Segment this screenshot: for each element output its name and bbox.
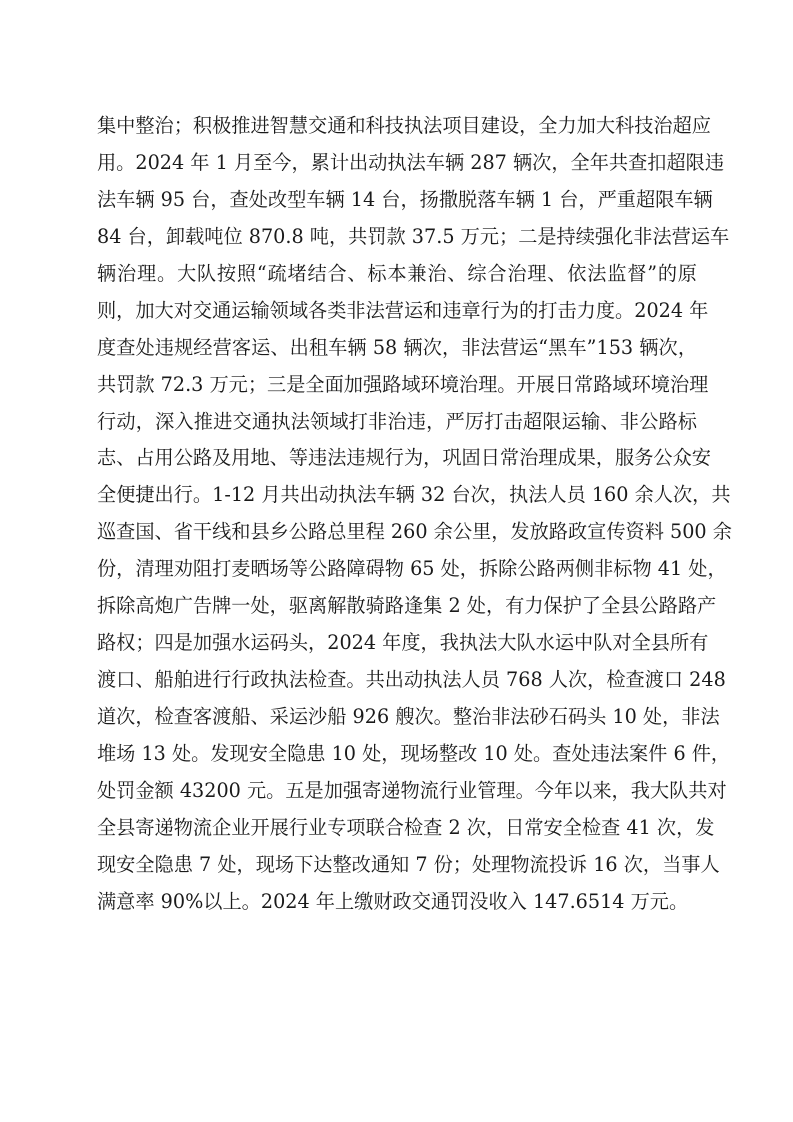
text-line: 巡查国、省干线和县乡公路总里程 260 余公里，发放路政宣传资料 500 余	[97, 514, 697, 551]
text-line: 渡口、船舶进行行政执法检查。共出动执法人员 768 人次，检查渡口 248	[97, 662, 697, 699]
text-line: 行动，深入推进交通执法领域打非治违，严厉打击超限运输、非公路标	[97, 404, 697, 441]
text-line: 则，加大对交通运输领域各类非法营运和违章行为的打击力度。2024 年	[97, 293, 697, 330]
text-line: 堆场 13 处。发现安全隐患 10 处，现场整改 10 处。查处违法案件 6 件…	[97, 736, 697, 773]
text-line: 集中整治；积极推进智慧交通和科技执法项目建设，全力加大科技治超应	[97, 108, 697, 145]
text-line: 用。2024 年 1 月至今，累计出动执法车辆 287 辆次，全年共查扣超限违	[97, 145, 697, 182]
text-line: 现安全隐患 7 处，现场下达整改通知 7 份；处理物流投诉 16 次，当事人	[97, 847, 697, 884]
text-line: 份，清理劝阻打麦晒场等公路障碍物 65 处，拆除公路两侧非标物 41 处，	[97, 551, 697, 588]
text-line: 拆除高炮广告牌一处，驱离解散骑路逢集 2 处，有力保护了全县公路路产	[97, 588, 697, 625]
text-line: 志、占用公路及用地、等违法违规行为，巩固日常治理成果，服务公众安	[97, 440, 697, 477]
text-line: 全县寄递物流企业开展行业专项联合检查 2 次，日常安全检查 41 次，发	[97, 810, 697, 847]
document-body: 集中整治；积极推进智慧交通和科技执法项目建设，全力加大科技治超应 用。2024 …	[97, 108, 697, 921]
text-line: 道次，检查客渡船、采运沙船 926 艘次。整治非法砂石码头 10 处，非法	[97, 699, 697, 736]
text-line: 法车辆 95 台，查处改型车辆 14 台，扬撒脱落车辆 1 台，严重超限车辆	[97, 182, 697, 219]
text-line: 84 台，卸载吨位 870.8 吨，共罚款 37.5 万元；二是持续强化非法营运…	[97, 219, 697, 256]
text-line: 辆治理。大队按照“疏堵结合、标本兼治、综合治理、依法监督”的原	[97, 256, 697, 293]
text-line-last: 满意率 90%以上。2024 年上缴财政交通罚没收入 147.6514 万元。	[97, 884, 697, 921]
text-line: 度查处违规经营客运、出租车辆 58 辆次，非法营运“黑车”153 辆次，	[97, 330, 697, 367]
text-line: 共罚款 72.3 万元；三是全面加强路域环境治理。开展日常路域环境治理	[97, 367, 697, 404]
text-line: 全便捷出行。1-12 月共出动执法车辆 32 台次，执法人员 160 余人次，共	[97, 477, 697, 514]
text-line: 路权；四是加强水运码头，2024 年度，我执法大队水运中队对全县所有	[97, 625, 697, 662]
text-line: 处罚金额 43200 元。五是加强寄递物流行业管理。今年以来，我大队共对	[97, 773, 697, 810]
